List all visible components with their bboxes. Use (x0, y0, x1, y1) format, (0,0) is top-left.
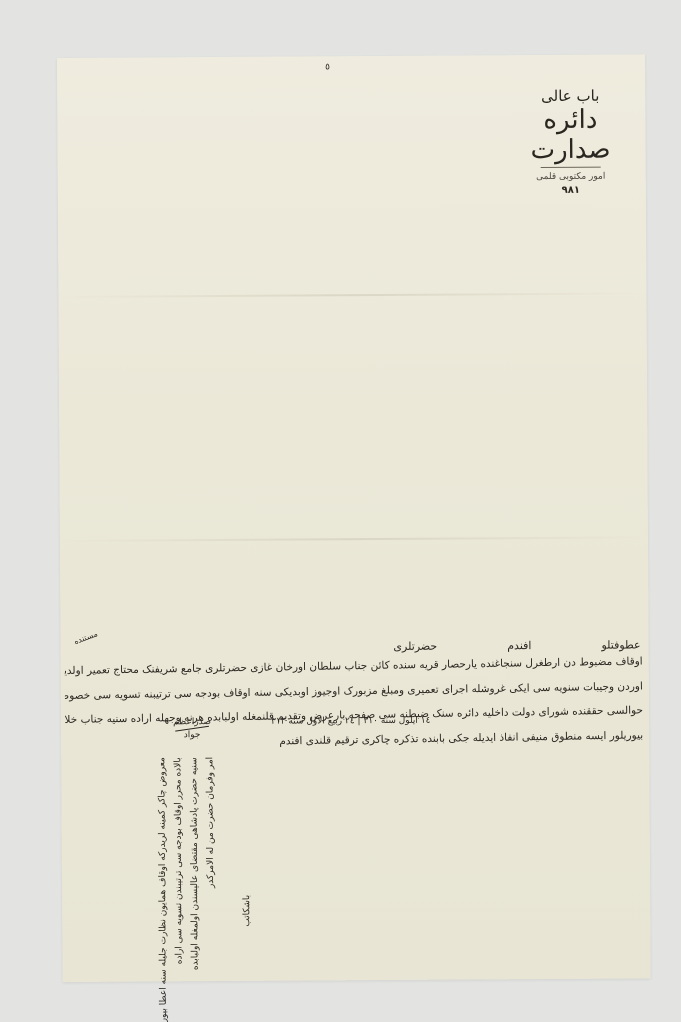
date-hijri: ٢٤ ربیع الاول سنه ٣١٢ (271, 716, 355, 727)
document-paper: ٥ باب عالی دائره صدارت امور مکتوبی قلمی … (57, 54, 651, 982)
page-mark: ٥ (325, 62, 330, 72)
letterhead-main: دائره صدارت (525, 105, 615, 166)
letterhead-top: باب عالی (525, 87, 615, 106)
document-number: ٩٨١ (526, 183, 616, 200)
marginal-note-column: سنیه حضرت پادشاهی مقتضای عالیسندن اولمغل… (188, 757, 201, 977)
marginal-note-column: بالاده محرر اوقاف بودجه سی ترتیبندن تسوی… (172, 757, 185, 977)
letter-body: عطوفتلو افندم حضرتلری اوقاف مضبوط دن ارط… (65, 638, 644, 754)
marginal-note-signature: باشکاتب (242, 895, 253, 927)
date-rumi: ١٤ ایلول سنه ٣١٠ (363, 716, 430, 726)
vertical-marginal-note: معروض چاکر کمینه لریدرکه اوقاف همایون نظ… (156, 757, 217, 977)
salutation-word: حضرتلری (393, 640, 437, 654)
letterhead-divider (541, 167, 601, 168)
letterhead: باب عالی دائره صدارت امور مکتوبی قلمی ٩٨… (525, 87, 616, 200)
grand-vizier-signature: صدراعظم جواد (173, 717, 211, 740)
fold-line-upper (58, 292, 646, 298)
marginal-note-column: معروض چاکر کمینه لریدرکه اوقاف همایون نظ… (156, 757, 169, 977)
signature-name: جواد (173, 730, 211, 740)
date-stamp: ١٤ ایلول سنه ٣١٠ | ٢٤ ربیع الاول سنه ٣١٢ (271, 716, 430, 727)
marginal-note-column: امر وفرمان حضرت من له الامرکدر (204, 757, 217, 917)
fold-line-middle (60, 536, 648, 542)
letterhead-subtitle: امور مکتوبی قلمی (526, 171, 616, 184)
